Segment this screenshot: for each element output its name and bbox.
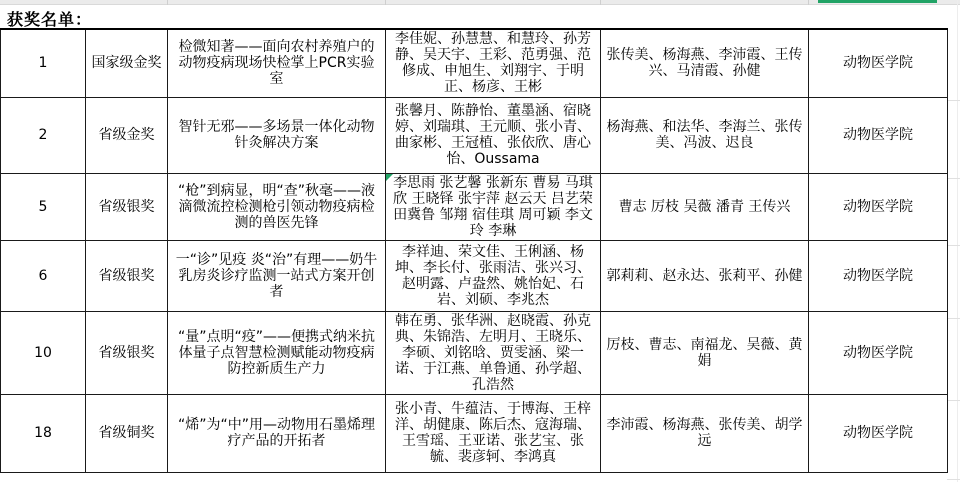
cell-advisors[interactable]: 杨海燕、和法华、李海兰、张传美、冯波、迟良: [601, 97, 809, 173]
cell-award-level[interactable]: 省级金奖: [86, 97, 168, 173]
cell-college[interactable]: 动物医学院: [809, 240, 948, 311]
cell-project-name[interactable]: 一“诊”见疫 炎“治”有理——奶牛乳房炎诊疗监测一站式方案开创者: [168, 240, 386, 311]
cell-rank[interactable]: 6: [1, 240, 86, 311]
cell-rank[interactable]: 2: [1, 97, 86, 173]
cell-college[interactable]: 动物医学院: [809, 97, 948, 173]
gridline-right: [947, 178, 960, 179]
cell-advisors[interactable]: 张传美、杨海燕、李沛霞、王传兴、马清霞、孙健: [601, 29, 809, 97]
gridline-vertical-right: [957, 0, 958, 482]
cell-project-name[interactable]: 检微知著——面向农村养殖户的动物疫病现场快检掌上PCR实验室: [168, 29, 386, 97]
cell-project-name[interactable]: “枪”到病显，明“查”秋毫——液滴微流控检测枪引领动物疫病检测的兽医先锋: [168, 173, 386, 240]
cell-rank[interactable]: 10: [1, 311, 86, 394]
cell-award-level[interactable]: 省级银奖: [86, 240, 168, 311]
cell-project-name[interactable]: “烯”为“中”用—动物用石墨烯理疗产品的开拓者: [168, 394, 386, 472]
cell-advisors[interactable]: 郭莉莉、赵永达、张莉平、孙健: [601, 240, 809, 311]
cell-team-members[interactable]: 张馨月、陈静怡、董墨涵、宿晓婷、刘瑞琪、王元顺、张小青、曲家彬、王冠植、张依欣、…: [386, 97, 601, 173]
cell-college[interactable]: 动物医学院: [809, 311, 948, 394]
cell-advisors[interactable]: 厉枝、曹志、南福龙、吴薇、黄娟: [601, 311, 809, 394]
table-row: 1 国家级金奖 检微知著——面向农村养殖户的动物疫病现场快检掌上PCR实验室 李…: [1, 29, 948, 97]
cell-team-members[interactable]: 李佳妮、孙慧慧、和慧玲、孙芳静、吴天宇、王彩、范勇强、范修成、申旭生、刘翔宇、于…: [386, 29, 601, 97]
gridline-stub: [600, 0, 601, 5]
cell-advisors[interactable]: 李沛霞、杨海燕、张传美、胡学远: [601, 394, 809, 472]
gridline-horizontal: [0, 4, 960, 5]
cell-team-members[interactable]: 张小青、牛蕴洁、于博海、王梓洋、胡健康、陈后杰、寇海瑞、王雪瑶、王亚诺、张艺宝、…: [386, 394, 601, 472]
cell-project-name[interactable]: 智针无邪——多场景一体化动物针灸解决方案: [168, 97, 386, 173]
table-row: 2 省级金奖 智针无邪——多场景一体化动物针灸解决方案 张馨月、陈静怡、董墨涵、…: [1, 97, 948, 173]
gridline-right: [947, 245, 960, 246]
table-row: 10 省级银奖 “量”点明“疫”——便携式纳米抗体量子点智慧检测赋能动物疫病防控…: [1, 311, 948, 394]
table-row: 6 省级银奖 一“诊”见疫 炎“治”有理——奶牛乳房炎诊疗监测一站式方案开创者 …: [1, 240, 948, 311]
cell-team-members[interactable]: 李祥迪、荣文佳、王俐涵、杨坤、李长付、张雨洁、张兴习、赵明露、卢盎然、姚怡妃、石…: [386, 240, 601, 311]
cell-college[interactable]: 动物医学院: [809, 394, 948, 472]
gridline-stub: [808, 0, 809, 5]
cell-award-level[interactable]: 省级铜奖: [86, 394, 168, 472]
cell-rank[interactable]: 1: [1, 29, 86, 97]
gridline-right: [947, 479, 960, 480]
cell-rank[interactable]: 18: [1, 394, 86, 472]
cell-project-name[interactable]: “量”点明“疫”——便携式纳米抗体量子点智慧检测赋能动物疫病防控新质生产力: [168, 311, 386, 394]
cell-team-members[interactable]: 韩在勇、张华洲、赵晓霞、孙克典、朱锦浩、左明月、王晓乐、李硕、刘铭晗、贾雯涵、梁…: [386, 311, 601, 394]
gridline-right: [947, 400, 960, 401]
table-row: 18 省级铜奖 “烯”为“中”用—动物用石墨烯理疗产品的开拓者 张小青、牛蕴洁、…: [1, 394, 948, 472]
green-selection-edge: [818, 0, 937, 3]
gridline-right: [947, 318, 960, 319]
cell-team-members[interactable]: 李思雨 张艺馨 张新东 曹易 马琪欣 王晓铎 张宇萍 赵云天 吕艺荣 田冀鲁 邹…: [386, 173, 601, 240]
gridline-stub: [385, 0, 386, 5]
cell-award-level[interactable]: 省级银奖: [86, 173, 168, 240]
awards-table: 1 国家级金奖 检微知著——面向农村养殖户的动物疫病现场快检掌上PCR实验室 李…: [0, 28, 948, 473]
cell-team-members-text: 李思雨 张艺馨 张新东 曹易 马琪欣 王晓铎 张宇萍 赵云天 吕艺荣 田冀鲁 邹…: [393, 175, 593, 239]
gridline-stub: [167, 0, 168, 5]
cell-award-level[interactable]: 省级银奖: [86, 311, 168, 394]
cell-award-level[interactable]: 国家级金奖: [86, 29, 168, 97]
cell-college[interactable]: 动物医学院: [809, 29, 948, 97]
spreadsheet-view: 获奖名单： 1 国家级金奖 检微知著——面向农村养殖户的动物疫病现场快检掌上PC…: [0, 0, 960, 482]
cell-error-flag-icon: [386, 174, 393, 181]
cell-rank[interactable]: 5: [1, 173, 86, 240]
table-row: 5 省级银奖 “枪”到病显，明“查”秋毫——液滴微流控检测枪引领动物疫病检测的兽…: [1, 173, 948, 240]
sheet-title[interactable]: 获奖名单：: [7, 7, 92, 30]
cell-advisors[interactable]: 曹志 厉枝 吴薇 潘青 王传兴: [601, 173, 809, 240]
gridline-right: [947, 100, 960, 101]
cell-college[interactable]: 动物医学院: [809, 173, 948, 240]
